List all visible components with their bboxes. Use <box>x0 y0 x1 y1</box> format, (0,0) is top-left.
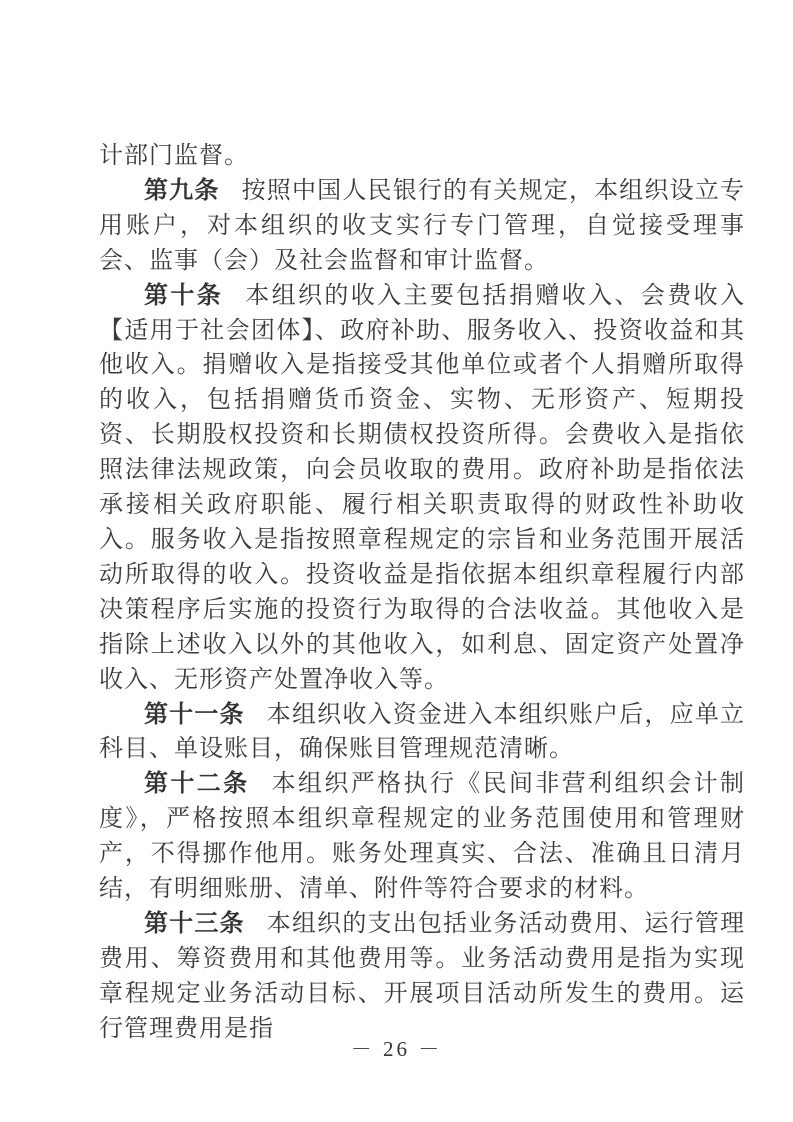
paragraph-article-9: 第九条按照中国人民银行的有关规定，本组织设立专用账户，对本组织的收支实行专门管理… <box>99 174 745 279</box>
article-number-label: 第十条 <box>144 283 223 309</box>
document-page: 计部门监督。 第九条按照中国人民银行的有关规定，本组织设立专用账户，对本组织的收… <box>0 0 793 1122</box>
paragraph-text: 本组织的收入主要包括捐赠收入、会费收入【适用于社会团体】、政府补助、服务收入、投… <box>99 283 745 693</box>
article-number-label: 第十一条 <box>144 702 245 728</box>
page-footer: － 26 － <box>0 1033 793 1063</box>
paragraph-article-11: 第十一条本组织收入资金进入本组织账户后，应单立科目、单设账目，确保账目管理规范清… <box>99 698 745 768</box>
page-number: － 26 － <box>351 1037 443 1061</box>
article-number-label: 第十三条 <box>144 911 245 937</box>
article-number-label: 第九条 <box>144 178 220 204</box>
paragraph-text: 计部门监督。 <box>99 143 249 169</box>
paragraph-article-13: 第十三条本组织的支出包括业务活动费用、运行管理费用、筹资费用和其他费用等。业务活… <box>99 907 745 1047</box>
text-block: 计部门监督。 第九条按照中国人民银行的有关规定，本组织设立专用账户，对本组织的收… <box>99 139 745 1047</box>
paragraph-article-10: 第十条本组织的收入主要包括捐赠收入、会费收入【适用于社会团体】、政府补助、服务收… <box>99 279 745 698</box>
paragraph-article-12: 第十二条本组织严格执行《民间非营利组织会计制度》，严格按照本组织章程规定的业务范… <box>99 767 745 907</box>
paragraph-continuation: 计部门监督。 <box>99 139 745 174</box>
article-number-label: 第十二条 <box>144 771 250 797</box>
